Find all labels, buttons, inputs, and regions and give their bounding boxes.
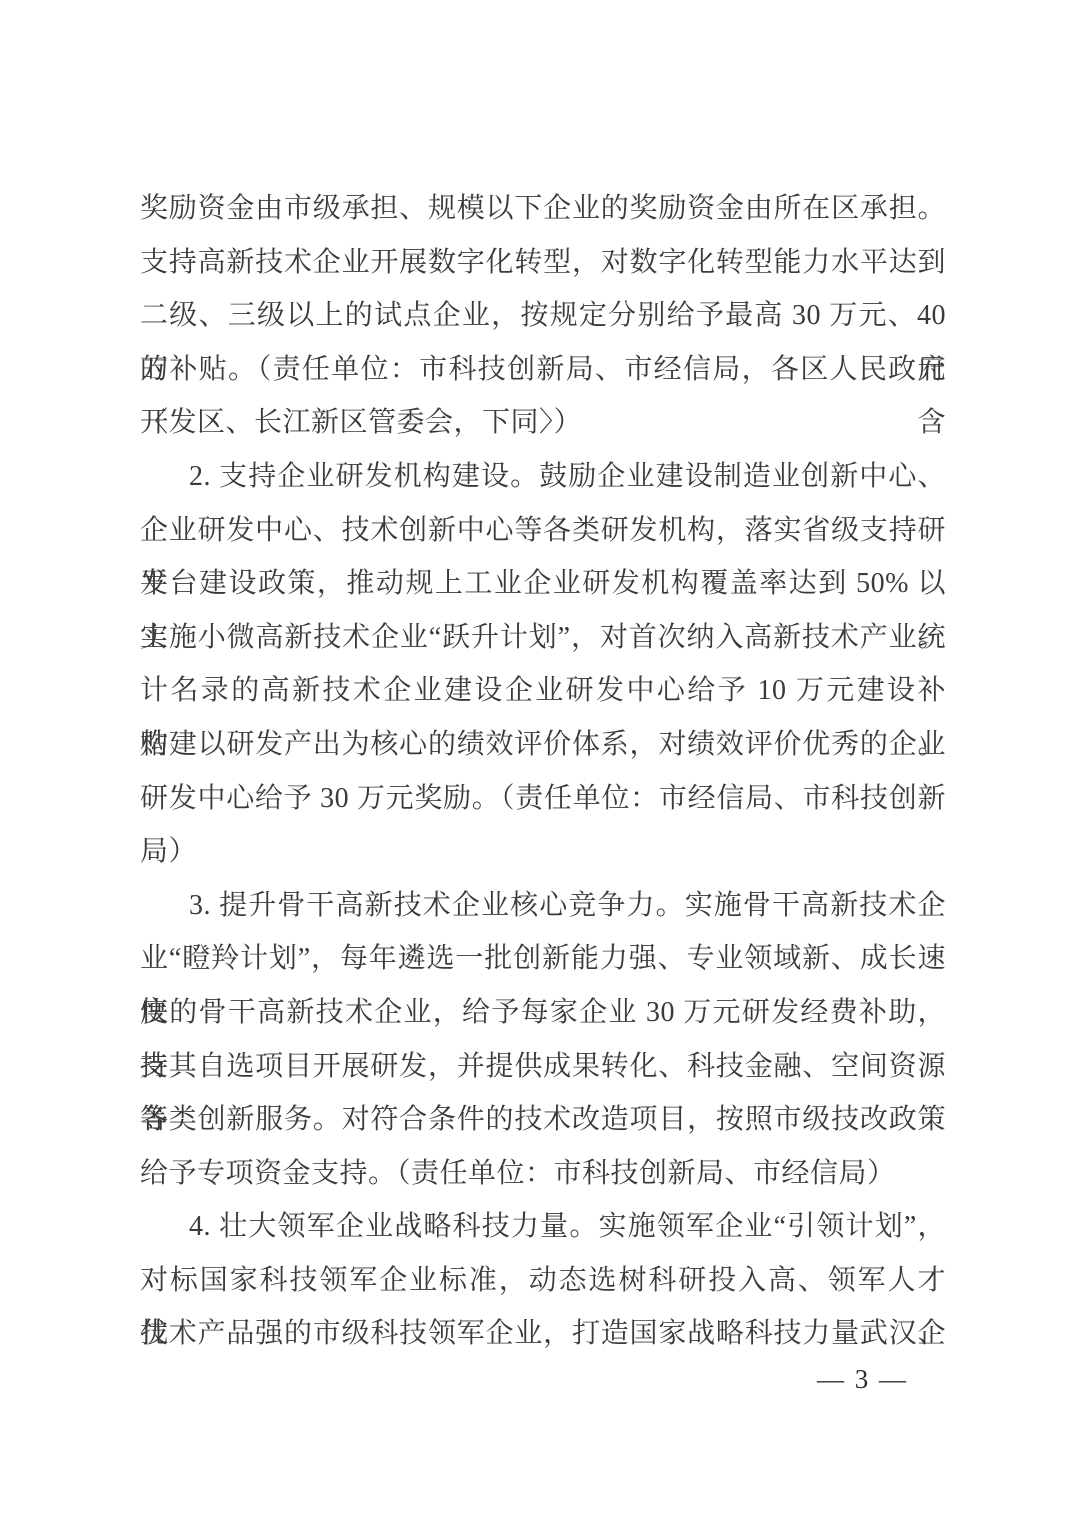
text-line: 持其自选项目开展研发，并提供成果转化、科技金融、空间资源等 <box>140 1040 946 1094</box>
text-line: 二级、三级以上的试点企业，按规定分别给予最高 30 万元、40 万元 <box>140 289 946 343</box>
text-line: 快的骨干高新技术企业，给予每家企业 30 万元研发经费补助，支 <box>140 986 946 1040</box>
page-number: — 3 — <box>817 1362 908 1396</box>
text-line: 计名录的高新技术企业建设企业研发中心给予 10 万元建设补贴。 <box>140 664 946 718</box>
text-line: 技术产品强的市级科技领军企业，打造国家战略科技力量武汉企 <box>140 1307 946 1361</box>
text-line: 企业研发中心、技术创新中心等各类研发机构，落实省级支持研发 <box>140 504 946 558</box>
text-line: 构建以研发产出为核心的绩效评价体系，对绩效评价优秀的企业 <box>140 718 946 772</box>
text-line: 实施小微高新技术企业“跃升计划”，对首次纳入高新技术产业统 <box>140 611 946 665</box>
document-body-text: 奖励资金由市级承担、规模以下企业的奖励资金由所在区承担。 支持高新技术企业开展数… <box>140 182 946 1361</box>
document-page: 奖励资金由市级承担、规模以下企业的奖励资金由所在区承担。 支持高新技术企业开展数… <box>0 0 1080 1532</box>
text-line: 研发中心给予 30 万元奖励。（责任单位：市经信局、市科技创新 <box>140 772 946 826</box>
text-line-paragraph-end: 给予专项资金支持。（责任单位：市科技创新局、市经信局） <box>140 1147 946 1201</box>
text-line-paragraph-start-item-3: 3. 提升骨干高新技术企业核心竞争力。实施骨干高新技术企 <box>140 879 946 933</box>
text-line: 各类创新服务。对符合条件的技术改造项目，按照市级技改政策 <box>140 1093 946 1147</box>
text-line: 平台建设政策，推动规上工业企业研发机构覆盖率达到 50% 以上。 <box>140 557 946 611</box>
text-line: 支持高新技术企业开展数字化转型，对数字化转型能力水平达到 <box>140 236 946 290</box>
text-line: 奖励资金由市级承担、规模以下企业的奖励资金由所在区承担。 <box>140 182 946 236</box>
text-line: 的补贴。（责任单位：市科技创新局、市经信局，各区人民政府〈含 <box>140 343 946 397</box>
text-line: 对标国家科技领军企业标准，动态选树科研投入高、领军人才优、 <box>140 1254 946 1308</box>
text-line-paragraph-start-item-2: 2. 支持企业研发机构建设。鼓励企业建设制造业创新中心、 <box>140 450 946 504</box>
text-line: 业“瞪羚计划”，每年遴选一批创新能力强、专业领域新、成长速度 <box>140 932 946 986</box>
text-line-paragraph-start-item-4: 4. 壮大领军企业战略科技力量。实施领军企业“引领计划”， <box>140 1200 946 1254</box>
text-line-paragraph-end: 局） <box>140 825 946 879</box>
